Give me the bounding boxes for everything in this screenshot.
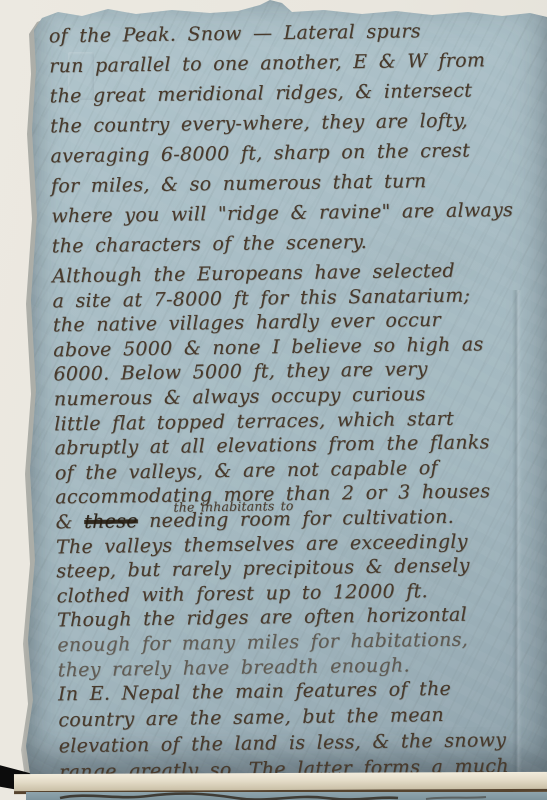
manuscript-paragraph: of the Peak. Snow — Lateral spursrun par…: [49, 19, 533, 266]
page-bottom-edge: [14, 772, 547, 794]
manuscript-paragraph: In E. Nepal the main features of thecoun…: [58, 677, 540, 788]
letter-page: of the Peak. Snow — Lateral spursrun par…: [24, 0, 547, 774]
next-page-writing: [26, 792, 547, 800]
manuscript-photo: of the Peak. Snow — Lateral spursrun par…: [0, 0, 547, 800]
interlinear-note: the inhabitants to: [173, 498, 293, 515]
next-page-edge: [26, 792, 547, 800]
manuscript-text: of the Peak. Snow — Lateral spursrun par…: [49, 19, 541, 788]
struck-word: these: [84, 510, 138, 533]
manuscript-paragraph: Although the Europeans have selecteda si…: [52, 259, 539, 684]
